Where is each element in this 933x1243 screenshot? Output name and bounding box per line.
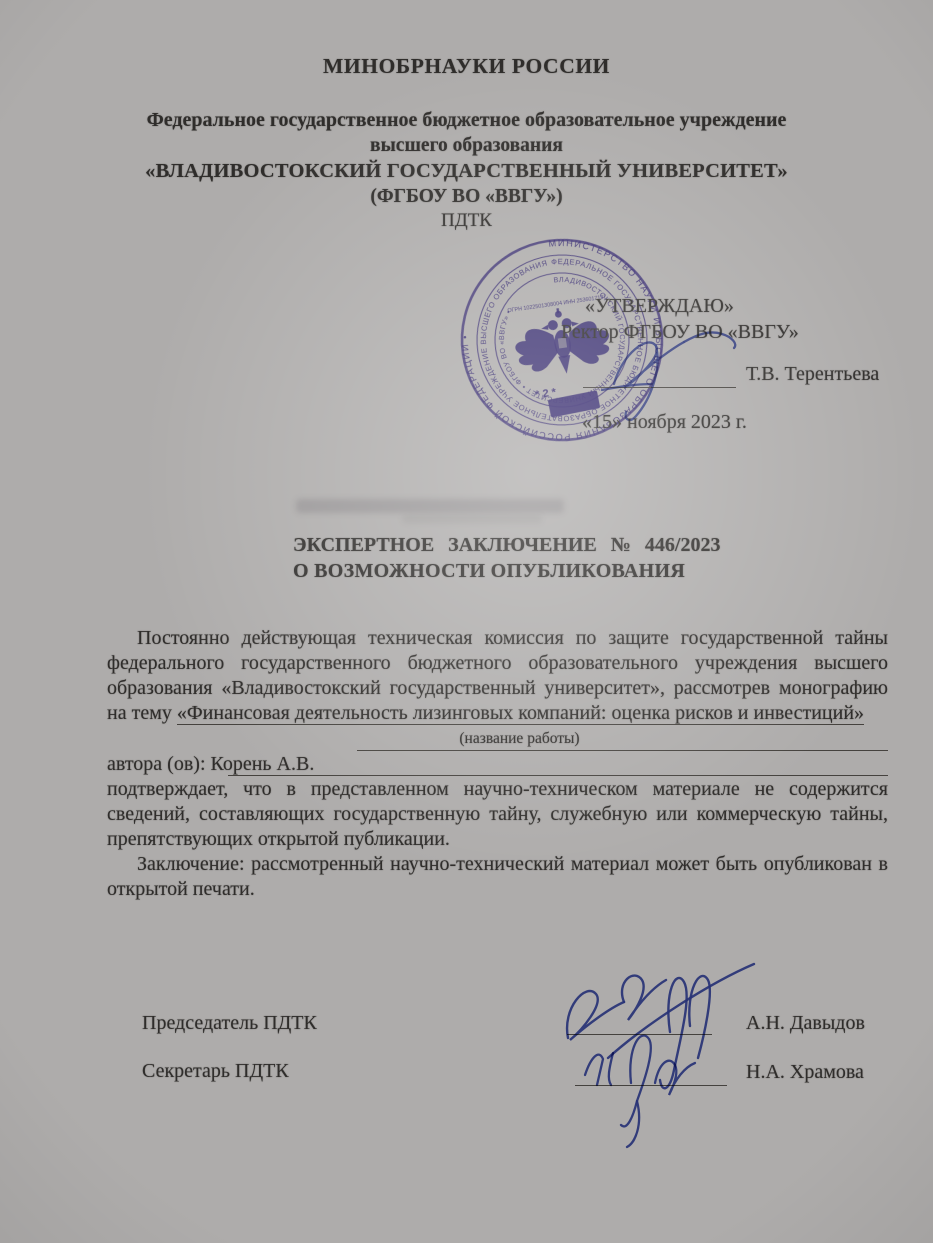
ministry-heading: МИНОБРНАУКИ РОССИИ (60, 54, 873, 79)
document-body: Постоянно действующая техническая комисс… (107, 626, 888, 902)
intro-paragraph: Постоянно действующая техническая комисс… (107, 626, 888, 726)
org-name-line-3: «ВЛАДИВОСТОКСКИЙ ГОСУДАРСТВЕННЫЙ УНИВЕРС… (60, 160, 873, 183)
work-title-underlined: «Финансовая деятельность лизинговых комп… (177, 702, 864, 725)
work-title-fill-rule (357, 750, 888, 751)
bleedthrough-smudge (296, 499, 564, 513)
secretary-role-label: Секретарь ПДТК (142, 1060, 289, 1083)
org-name-line-2: высшего образования (60, 135, 873, 157)
author-name: Корень А.В. (211, 753, 315, 775)
org-abbreviation: (ФГБОУ ВО «ВВГУ») (60, 186, 873, 208)
conclusion-paragraph: Заключение: рассмотренный научно-техниче… (107, 852, 888, 902)
document-photo: МИНОБРНАУКИ РОССИИ Федеральное государст… (0, 0, 933, 1243)
work-title-caption: (название работы) (107, 726, 888, 752)
rector-ink-signature (592, 318, 792, 433)
title-line-1: ЭКСПЕРТНОЕ ЗАКЛЮЧЕНИЕ № 446/2023 (293, 532, 723, 558)
authors-line: автора (ов): Корень А.В. (107, 752, 888, 777)
org-name-line-1: Федеральное государственное бюджетное об… (60, 109, 873, 132)
approve-word: «УТВЕРЖДАЮ» (585, 295, 734, 318)
secretary-ink-signature (565, 1015, 775, 1150)
authors-label: автора (ов): (107, 753, 211, 775)
committee-abbrev: ПДТК (60, 210, 873, 232)
chairman-role-label: Председатель ПДТК (142, 1012, 317, 1035)
bleedthrough-smudge-2 (402, 515, 542, 523)
document-title: ЭКСПЕРТНОЕ ЗАКЛЮЧЕНИЕ № 446/2023 О ВОЗМО… (293, 532, 723, 584)
title-line-2: О ВОЗМОЖНОСТИ ОПУБЛИКОВАНИЯ (293, 558, 723, 584)
statement-paragraph: подтверждает, что в представленном научн… (107, 777, 888, 852)
authors-fill-rule (228, 775, 888, 776)
